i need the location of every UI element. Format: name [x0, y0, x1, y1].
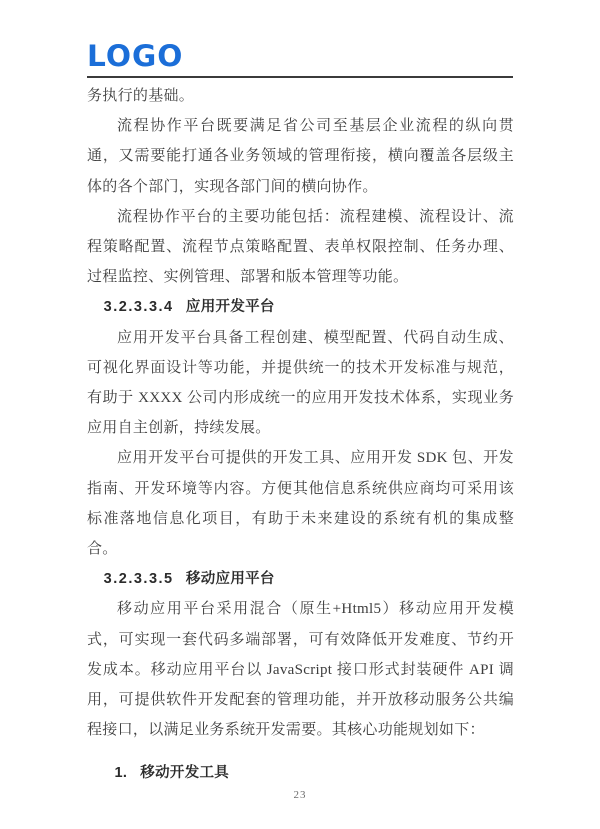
section-heading-appdev: 3.2.3.3.4应用开发平台 [87, 292, 514, 322]
paragraph-flow-functions: 流程协作平台的主要功能包括：流程建模、流程设计、流程策略配置、流程节点策略配置、… [87, 202, 514, 293]
paragraph-continuation: 务执行的基础。 [87, 81, 514, 111]
page-footer: 23 [0, 785, 600, 803]
page-header: LOGO [87, 42, 513, 78]
page-number: 23 [294, 789, 307, 801]
document-page: LOGO 务执行的基础。 流程协作平台既要满足省公司至基层企业流程的纵向贯通，又… [0, 0, 600, 829]
section-number: 3.2.3.3.4 [104, 299, 174, 315]
section-title: 应用开发平台 [186, 299, 275, 315]
section-title: 移动应用平台 [186, 571, 275, 587]
list-item-number: 1. [115, 765, 128, 781]
section-number: 3.2.3.3.5 [104, 571, 174, 587]
paragraph-appdev-capability: 应用开发平台具备工程创建、模型配置、代码自动生成、可视化界面设计等功能，并提供统… [87, 323, 514, 444]
section-heading-mobile: 3.2.3.3.5移动应用平台 [87, 564, 514, 594]
paragraph-flow-overview: 流程协作平台既要满足省公司至基层企业流程的纵向贯通，又需要能打通各业务领域的管理… [87, 111, 514, 202]
document-content: 务执行的基础。 流程协作平台既要满足省公司至基层企业流程的纵向贯通，又需要能打通… [87, 81, 514, 789]
paragraph-mobile-overview: 移动应用平台采用混合（原生+Html5）移动应用开发模式，可实现一套代码多端部署… [87, 594, 514, 745]
paragraph-appdev-tools: 应用开发平台可提供的开发工具、应用开发 SDK 包、开发指南、开发环境等内容。方… [87, 443, 514, 564]
header-divider [87, 76, 513, 78]
company-logo: LOGO [87, 42, 183, 71]
list-item-title: 移动开发工具 [140, 765, 229, 781]
